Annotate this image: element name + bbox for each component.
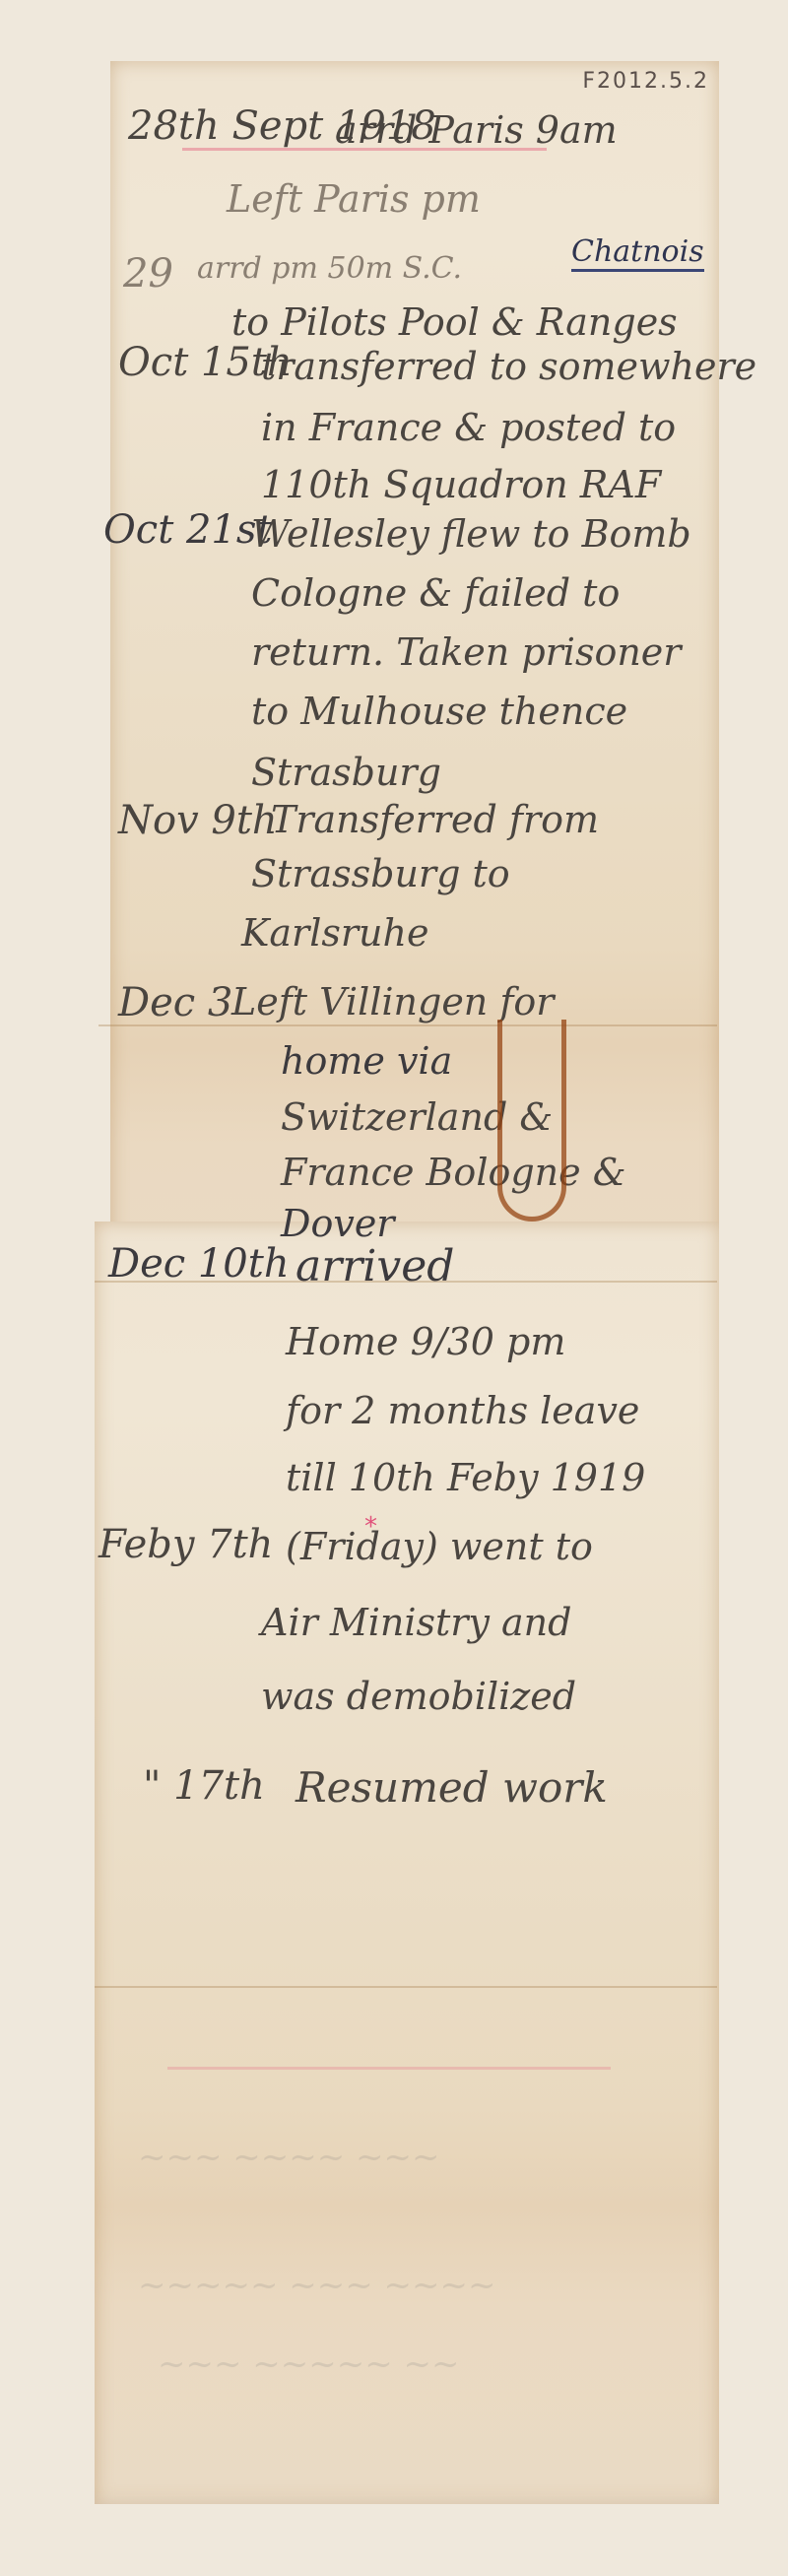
fold-line: [95, 1986, 717, 1988]
entry-line: France Bologne &: [281, 1151, 626, 1194]
entry-line: for 2 months leave: [286, 1389, 639, 1432]
bleed-through-text: ~~~ ~~~~ ~~~: [138, 2138, 440, 2177]
entry-date: Oct 21st: [103, 507, 272, 553]
entry-line: Home 9/30 pm: [286, 1320, 565, 1363]
entry-line: Dover: [281, 1202, 394, 1245]
entry-line: Resumed work: [295, 1763, 608, 1812]
margin-annotation: Chatnois: [571, 234, 704, 272]
entry-line: 110th Squadron RAF: [261, 463, 661, 506]
entry-line: Karlsruhe: [241, 911, 428, 955]
entry-line: Strasburg: [251, 751, 441, 794]
entry-line: to Pilots Pool & Ranges: [231, 300, 678, 344]
entry-line: (Friday) went to: [286, 1525, 593, 1568]
entry-line: arrived: [295, 1241, 454, 1291]
entry-line: Left Paris pm: [227, 177, 481, 221]
entry-date: Nov 9th: [118, 798, 278, 843]
entry-line: was demobilized: [261, 1675, 576, 1718]
entry-date: Feby 7th: [98, 1522, 273, 1567]
entry-line: Left Villingen for: [231, 980, 554, 1024]
bleed-through-text: ~~~ ~~~~~ ~~: [158, 2345, 460, 2384]
entry-line: transferred to somewhere: [261, 345, 756, 388]
entry-line: Transferred from: [271, 798, 599, 841]
entry-date: Dec 3: [118, 980, 232, 1025]
entry-line: in France & posted to: [261, 406, 676, 449]
entry-date: " 17th: [143, 1763, 265, 1809]
entry-line: arrd Paris 9am: [335, 108, 618, 152]
entry-date: 29: [123, 251, 173, 297]
entry-line: till 10th Feby 1919: [286, 1456, 645, 1499]
entry-line: Cologne & failed to: [251, 571, 620, 615]
rust-stain: [497, 1020, 566, 1222]
entry-date: Dec 10th: [108, 1241, 290, 1287]
entry-line: return. Taken prisoner: [251, 630, 681, 674]
entry-line: Strassburg to: [251, 852, 510, 895]
red-pencil-line: [167, 2067, 611, 2070]
bleed-through-text: ~~~~~ ~~~ ~~~~: [138, 2266, 495, 2305]
entry-line: arrd pm 50m S.C.: [197, 251, 462, 286]
entry-line: Air Ministry and: [261, 1601, 571, 1644]
entry-line: Wellesley flew to Bomb: [251, 512, 691, 556]
entry-line: to Mulhouse thence: [251, 690, 627, 733]
entry-line: home via: [281, 1039, 452, 1083]
accession-number: F2012.5.2: [582, 69, 709, 94]
